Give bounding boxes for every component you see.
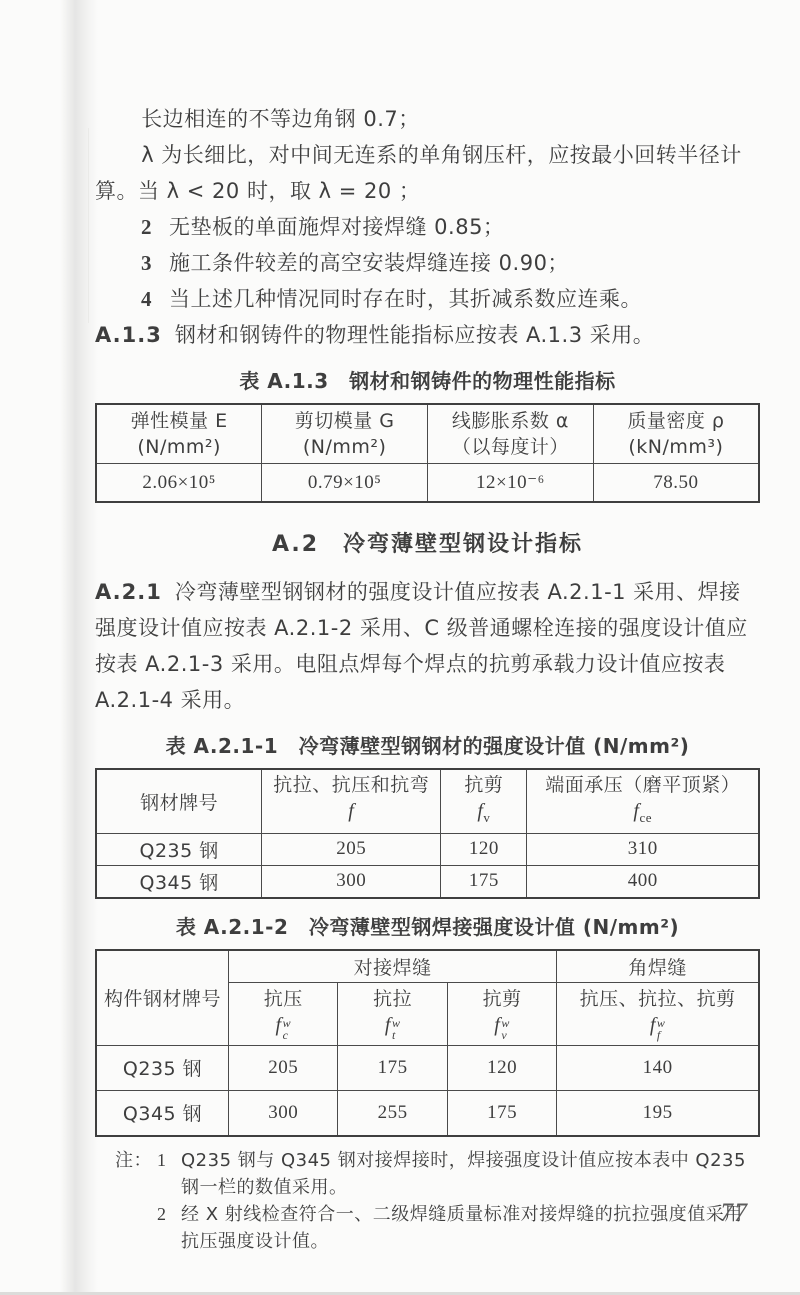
column-header: 抗拉、抗压和抗弯 f [262, 769, 441, 833]
symbol-f: f [494, 1014, 500, 1036]
clause-text: 钢材和钢铸件的物理性能指标应按表 A.1.3 采用。 [175, 323, 654, 347]
header-unit: (kN/mm³) [598, 434, 754, 460]
symbol-f: f [385, 1014, 391, 1036]
note-label-spacer [115, 1201, 157, 1255]
table-notes: 注： 1 Q235 钢与 Q345 钢对接焊接时，焊接强度设计值应按本表中 Q2… [95, 1147, 760, 1255]
scan-artifact-line [88, 128, 89, 323]
symbol-supsub: wt [392, 1017, 401, 1041]
header-label: 抗剪 [452, 986, 552, 1012]
header-label: 端面承压（磨平顶紧） [531, 772, 754, 798]
column-header: 抗压 fwc [229, 982, 338, 1045]
note-number: 1 [157, 1147, 181, 1201]
column-header: 抗剪 fv [441, 769, 527, 833]
cell-value: 205 [262, 833, 441, 865]
cell-value: 120 [441, 833, 527, 865]
clause-number: A.1.3 [95, 323, 162, 347]
symbol-subscript: c [283, 1029, 292, 1041]
symbol-subscript: v [483, 810, 490, 825]
table-row: Q235 钢 205 175 120 140 [96, 1045, 759, 1090]
cell-value: 310 [527, 833, 759, 865]
table-row: Q345 钢 300 175 400 [96, 865, 759, 898]
header-label: 抗剪 [445, 772, 522, 798]
column-header: 抗拉 fwt [338, 982, 447, 1045]
list-item-number: 4 [141, 287, 152, 311]
cell-expansion-coefficient: 12×10⁻⁶ [428, 464, 594, 503]
header-symbol: fv [445, 798, 522, 831]
table-a212: 构件钢材牌号 对接焊缝 角焊缝 抗压 fwc 抗拉 fwt 抗剪 fwv [95, 949, 760, 1137]
column-header-grade: 钢材牌号 [96, 769, 262, 833]
symbol-subscript: t [392, 1029, 401, 1041]
cell-value: 300 [262, 865, 441, 898]
scan-left-edge-shadow [60, 0, 98, 1295]
symbol-supsub: wv [501, 1017, 510, 1041]
cell-value: 255 [338, 1090, 447, 1136]
list-item-3: 3施工条件较差的高空安装焊缝连接 0.90； [95, 245, 760, 281]
header-symbol: fwc [233, 1012, 333, 1041]
body-line-unequal-angle: 长边相连的不等边角钢 0.7； [95, 101, 760, 137]
table-header-row: 钢材牌号 抗拉、抗压和抗弯 f 抗剪 fv 端面承压（磨平顶紧） fce [96, 769, 759, 833]
header-label: 剪切模量 G [266, 408, 423, 434]
clause-a21: A.2.1冷弯薄壁型钢钢材的强度设计值应按表 A.2.1-1 采用、焊接强度设计… [95, 574, 760, 718]
cell-value: 195 [557, 1090, 759, 1136]
cell-value: 400 [527, 865, 759, 898]
list-item-number: 3 [141, 251, 152, 275]
cell-shear-modulus: 0.79×10⁵ [262, 464, 428, 503]
clause-number: A.2.1 [95, 580, 162, 604]
header-label: 抗拉、抗压和抗弯 [266, 772, 436, 798]
cell-elastic-modulus: 2.06×10⁵ [96, 464, 262, 503]
header-symbol: fwv [452, 1012, 552, 1041]
cell-value: 205 [229, 1045, 338, 1090]
symbol-f: f [650, 1014, 656, 1036]
column-header: 线膨胀系数 α （以每度计） [428, 404, 594, 464]
cell-grade: Q235 钢 [96, 1045, 229, 1090]
column-header: 剪切模量 G (N/mm²) [262, 404, 428, 464]
page-content: 长边相连的不等边角钢 0.7； λ 为长细比，对中间无连系的单角钢压杆，应按最小… [95, 101, 760, 1255]
list-item-text: 无垫板的单面施焊对接焊缝 0.85； [169, 215, 504, 239]
table-group-header-row: 构件钢材牌号 对接焊缝 角焊缝 [96, 950, 759, 983]
table-row: Q345 钢 300 255 175 195 [96, 1090, 759, 1136]
header-symbol: fce [531, 798, 754, 831]
list-item-text: 施工条件较差的高空安装焊缝连接 0.90； [169, 251, 569, 275]
table-a211: 钢材牌号 抗拉、抗压和抗弯 f 抗剪 fv 端面承压（磨平顶紧） fce Q23… [95, 768, 760, 899]
table-row: 2.06×10⁵ 0.79×10⁵ 12×10⁻⁶ 78.50 [96, 464, 759, 503]
header-symbol: f [266, 798, 436, 831]
note-2: 2 经 X 射线检查符合一、二级焊缝质量标准对接焊缝的抗拉强度值采用抗压强度设计… [115, 1201, 760, 1255]
note-text: 经 X 射线检查符合一、二级焊缝质量标准对接焊缝的抗拉强度值采用抗压强度设计值。 [181, 1201, 760, 1255]
group-header-fillet-weld: 角焊缝 [557, 950, 759, 983]
column-header-component-grade: 构件钢材牌号 [96, 950, 229, 1046]
cell-value: 175 [338, 1045, 447, 1090]
table-a13-title: 表 A.1.3 钢材和钢铸件的物理性能指标 [95, 365, 760, 394]
symbol-subscript: ce [639, 810, 652, 825]
header-symbol: fwt [342, 1012, 442, 1041]
header-label: 抗压 [233, 986, 333, 1012]
note-text: Q235 钢与 Q345 钢对接焊接时，焊接强度设计值应按本表中 Q235 钢一… [181, 1147, 760, 1201]
cell-mass-density: 78.50 [593, 464, 759, 503]
column-header: 端面承压（磨平顶紧） fce [527, 769, 759, 833]
table-a211-title: 表 A.2.1-1 冷弯薄壁型钢钢材的强度设计值 (N/mm²) [95, 730, 760, 759]
clause-text: 冷弯薄壁型钢钢材的强度设计值应按表 A.2.1-1 采用、焊接强度设计值应按表 … [95, 580, 748, 712]
table-header-row: 弹性模量 E (N/mm²) 剪切模量 G (N/mm²) 线膨胀系数 α （以… [96, 404, 759, 464]
column-header: 弹性模量 E (N/mm²) [96, 404, 262, 464]
note-number: 2 [157, 1201, 181, 1255]
header-label: 弹性模量 E [101, 408, 257, 434]
scanned-document-page: 长边相连的不等边角钢 0.7； λ 为长细比，对中间无连系的单角钢压杆，应按最小… [0, 0, 800, 1295]
symbol-subscript: v [501, 1029, 510, 1041]
cell-value: 175 [441, 865, 527, 898]
group-header-butt-weld: 对接焊缝 [229, 950, 557, 983]
clause-a13: A.1.3钢材和钢铸件的物理性能指标应按表 A.1.3 采用。 [95, 317, 760, 353]
list-item-text: 当上述几种情况同时存在时，其折减系数应连乘。 [169, 287, 642, 311]
cell-grade: Q235 钢 [96, 833, 262, 865]
symbol-f: f [276, 1014, 282, 1036]
page-number: 77 [720, 1198, 748, 1228]
symbol-subscript: f [657, 1029, 666, 1041]
header-unit: （以每度计） [432, 434, 589, 460]
header-unit: (N/mm²) [101, 434, 257, 460]
cell-value: 120 [447, 1045, 556, 1090]
cell-grade: Q345 钢 [96, 865, 262, 898]
list-item-number: 2 [141, 215, 152, 239]
header-label: 线膨胀系数 α [432, 408, 589, 434]
column-header: 质量密度 ρ (kN/mm³) [593, 404, 759, 464]
list-item-2: 2无垫板的单面施焊对接焊缝 0.85； [95, 209, 760, 245]
symbol-f: f [348, 800, 354, 822]
symbol-supsub: wf [657, 1017, 666, 1041]
header-label: 抗压、抗拉、抗剪 [561, 986, 754, 1012]
cell-value: 175 [447, 1090, 556, 1136]
column-header: 抗压、抗拉、抗剪 fwf [557, 982, 759, 1045]
cell-grade: Q345 钢 [96, 1090, 229, 1136]
symbol-supsub: wc [283, 1017, 292, 1041]
table-a13: 弹性模量 E (N/mm²) 剪切模量 G (N/mm²) 线膨胀系数 α （以… [95, 403, 760, 503]
table-a212-title: 表 A.2.1-2 冷弯薄壁型钢焊接强度设计值 (N/mm²) [95, 911, 760, 940]
note-label: 注： [115, 1147, 157, 1201]
cell-value: 300 [229, 1090, 338, 1136]
body-paragraph-lambda: λ 为长细比，对中间无连系的单角钢压杆，应按最小回转半径计算。当 λ < 20 … [95, 137, 760, 209]
cell-value: 140 [557, 1045, 759, 1090]
section-a2-heading: A.2 冷弯薄壁型钢设计指标 [95, 527, 760, 558]
header-unit: (N/mm²) [266, 434, 423, 460]
note-1: 注： 1 Q235 钢与 Q345 钢对接焊接时，焊接强度设计值应按本表中 Q2… [115, 1147, 760, 1201]
header-label: 抗拉 [342, 986, 442, 1012]
list-item-4: 4当上述几种情况同时存在时，其折减系数应连乘。 [95, 281, 760, 317]
table-row: Q235 钢 205 120 310 [96, 833, 759, 865]
header-label: 质量密度 ρ [598, 408, 754, 434]
column-header: 抗剪 fwv [447, 982, 556, 1045]
header-symbol: fwf [561, 1012, 754, 1041]
